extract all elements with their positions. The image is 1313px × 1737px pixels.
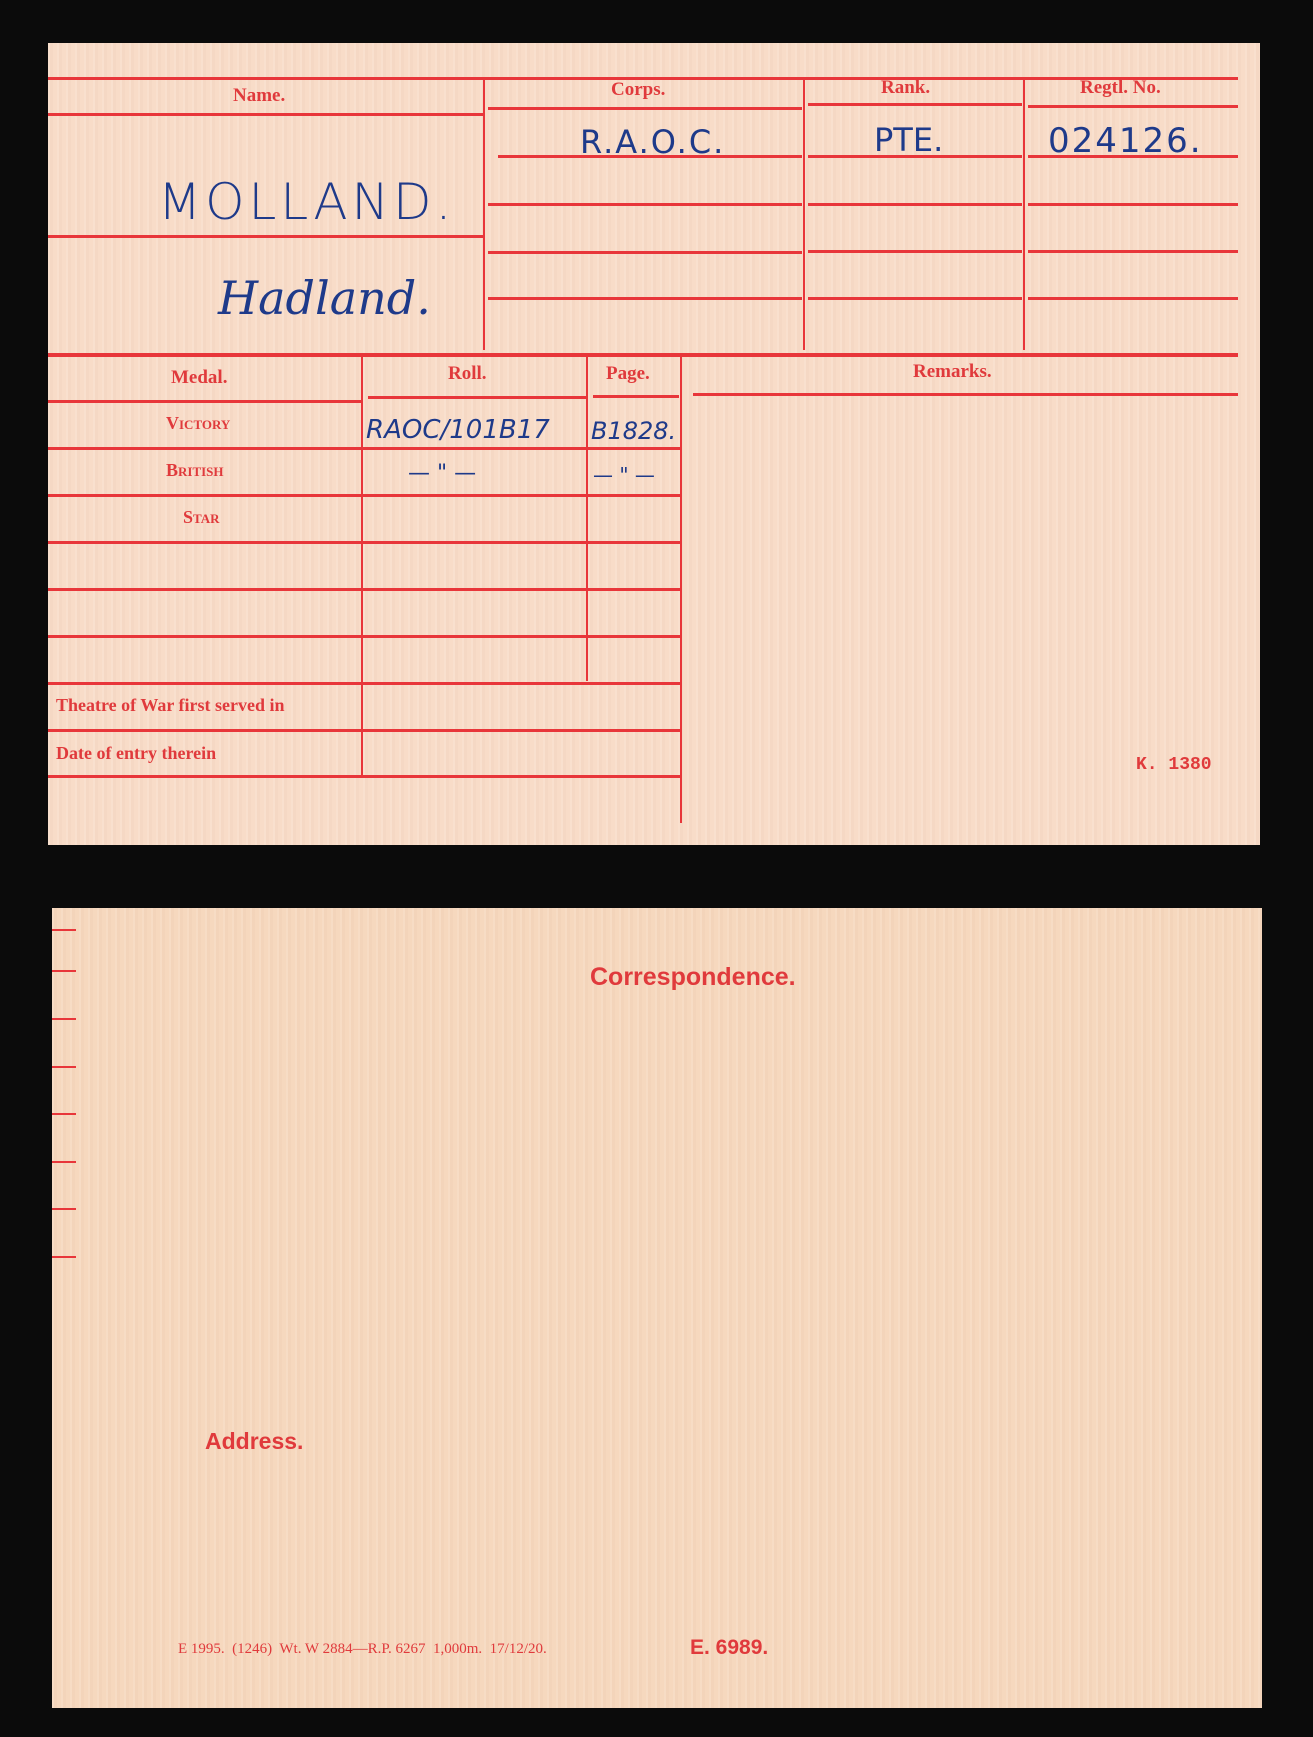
rule [48, 447, 680, 450]
divider [803, 78, 805, 350]
victory-page-entry: B1828. [591, 417, 676, 445]
rule [48, 729, 680, 732]
rule [1028, 203, 1238, 206]
theatre-of-war-label: Theatre of War first served in [56, 695, 284, 716]
divider [1023, 78, 1025, 350]
margin-tick [52, 1066, 76, 1068]
rule [488, 251, 802, 254]
rank-header: Rank. [881, 77, 930, 99]
regtl-no-header: Regtl. No. [1080, 77, 1161, 99]
divider [680, 355, 682, 823]
rule [48, 588, 680, 591]
corps-header: Corps. [611, 79, 665, 101]
medal-victory-label: Victory [166, 413, 230, 434]
rule [488, 203, 802, 206]
rule [1028, 105, 1238, 108]
rule [368, 396, 586, 399]
rule [488, 297, 802, 300]
address-label: Address. [205, 1428, 303, 1455]
section-rule [48, 353, 1238, 357]
british-page-ditto: — " — [593, 463, 655, 487]
corps-entry: R.A.O.C. [580, 123, 725, 161]
rank-entry: PTE. [874, 121, 943, 159]
victory-roll-entry: RAOC/101B17 [366, 415, 550, 445]
rule [48, 682, 680, 685]
rule [808, 103, 1022, 106]
margin-tick [52, 1018, 76, 1020]
medal-header: Medal. [171, 367, 227, 389]
rule [1028, 297, 1238, 300]
rule [48, 541, 680, 544]
divider [483, 78, 485, 350]
medal-british-label: British [166, 460, 224, 481]
divider [586, 355, 588, 681]
medal-index-card-back: Correspondence. Address. E 1995. (1246) … [52, 908, 1262, 1708]
rule [593, 395, 679, 398]
form-number: K. 1380 [1136, 755, 1212, 775]
page-header: Page. [606, 363, 650, 385]
printer-imprint: E 1995. (1246) Wt. W 2884—R.P. 6267 1,00… [178, 1641, 547, 1658]
date-of-entry-label: Date of entry therein [56, 743, 216, 764]
rule [48, 113, 483, 116]
regtl-no-entry: 024126. [1048, 121, 1203, 161]
rule [48, 235, 483, 238]
margin-tick [52, 970, 76, 972]
rule [48, 635, 680, 638]
margin-tick [52, 929, 76, 931]
imprint-code: E. 6989. [690, 1636, 768, 1660]
roll-header: Roll. [448, 363, 487, 385]
medal-star-label: Star [183, 507, 220, 528]
margin-tick [52, 1256, 76, 1258]
name-header: Name. [233, 85, 285, 107]
medal-index-card-front: Name. Corps. Rank. Regtl. No. MOLLAND. H… [48, 43, 1260, 845]
rule [808, 203, 1022, 206]
rule [48, 494, 680, 497]
rule [488, 107, 802, 110]
rule [808, 297, 1022, 300]
surname-entry: MOLLAND. [158, 173, 455, 231]
rule [808, 250, 1022, 253]
rule [48, 775, 680, 778]
divider [361, 355, 363, 775]
margin-tick [52, 1208, 76, 1210]
remarks-header: Remarks. [913, 361, 992, 383]
correspondence-heading: Correspondence. [590, 963, 796, 992]
forename-entry: Hadland. [218, 271, 431, 325]
margin-tick [52, 1161, 76, 1163]
rule [1028, 250, 1238, 253]
rule [48, 400, 361, 403]
remarks-rule [693, 393, 1238, 396]
british-roll-ditto: — " — [408, 461, 476, 486]
margin-tick [52, 1113, 76, 1115]
